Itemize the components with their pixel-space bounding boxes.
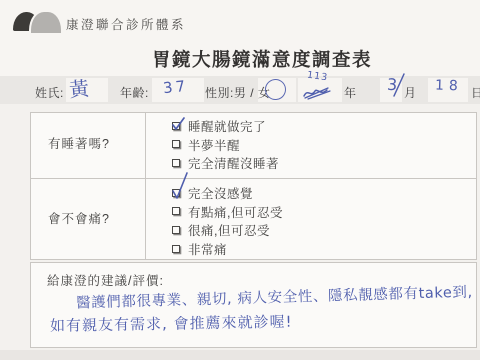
option-label: 半夢半醒	[188, 136, 240, 154]
option-item: 半夢半醒	[172, 136, 279, 155]
table-column-divider	[145, 112, 146, 260]
option-item: 完全沒感覺	[172, 184, 283, 203]
options-list-sleep: 睡醒就做完了 半夢半醒 完全清醒沒睡著	[172, 117, 279, 173]
gender-option-male: 男	[234, 86, 247, 100]
checkmark-icon	[170, 171, 190, 201]
checkbox-icon	[172, 207, 181, 216]
gender-label-group: 性別:男 / 女	[205, 84, 270, 101]
checkbox-icon	[172, 189, 181, 198]
table-row-divider	[30, 178, 477, 179]
age-label: 年齡:	[120, 84, 149, 101]
name-value-handwritten: 黃	[68, 72, 90, 103]
question-label-sleep: 有睡著嗎?	[48, 134, 110, 152]
option-label: 睡醒就做完了	[188, 117, 266, 135]
option-item: 睡醒就做完了	[172, 117, 279, 136]
day-value-handwritten: 18	[435, 78, 463, 95]
gender-label: 性別:	[205, 86, 234, 100]
checkbox-icon	[172, 122, 181, 131]
option-label: 非常痛	[188, 240, 227, 258]
question-label-pain: 會不會痛?	[48, 209, 110, 227]
option-label: 完全沒感覺	[188, 184, 253, 202]
form-title: 胃鏡大腸鏡滿意度調查表	[152, 46, 372, 72]
age-value-handwritten: 37	[162, 77, 189, 98]
options-list-pain: 完全沒感覺 有點痛,但可忍受 很痛,但可忍受 非常痛	[172, 184, 283, 258]
gender-separator: /	[250, 86, 254, 100]
name-label: 姓氏:	[35, 84, 64, 101]
year-label: 年	[344, 84, 357, 101]
day-label: 日	[471, 84, 480, 101]
year-scribble-icon	[301, 85, 333, 101]
month-label: 月	[404, 84, 417, 101]
checkbox-icon	[172, 226, 181, 235]
option-item: 有點痛,但可忍受	[172, 203, 283, 222]
checkmark-icon	[170, 116, 187, 133]
scanned-survey-form: 康澄聯合診所體系 胃鏡大腸鏡滿意度調查表 姓氏: 黃 年齡: 37 性別:男 /…	[0, 0, 480, 360]
comments-label: 給康澄的建議/評價:	[47, 271, 164, 289]
option-item: 很痛,但可忍受	[172, 221, 283, 240]
scan-bottom-edge	[0, 350, 480, 360]
option-item: 非常痛	[172, 240, 283, 259]
checkbox-icon	[172, 245, 181, 254]
option-label: 完全清醒沒睡著	[188, 154, 279, 172]
option-label: 有點痛,但可忍受	[188, 203, 283, 221]
clinic-name: 康澄聯合診所體系	[66, 15, 186, 33]
checkbox-icon	[172, 140, 181, 149]
option-label: 很痛,但可忍受	[188, 221, 270, 239]
checkbox-icon	[172, 159, 181, 168]
